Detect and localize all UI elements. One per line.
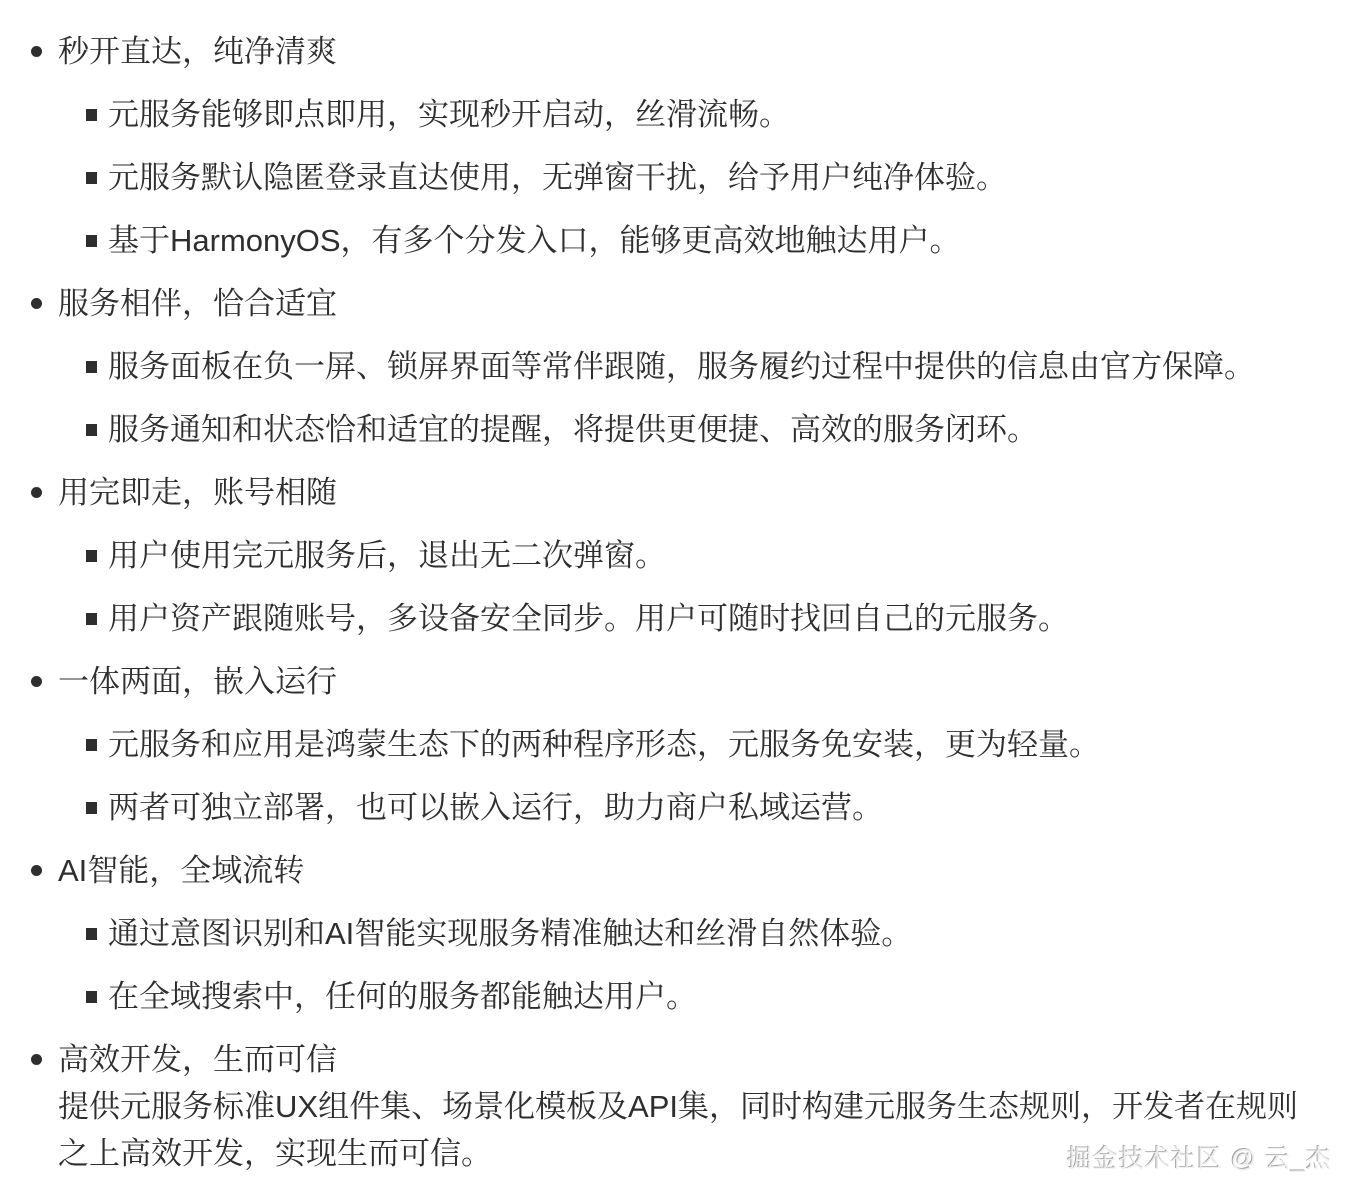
article-page: 秒开直达，纯净清爽 元服务能够即点即用，实现秒开启动，丝滑流畅。 元服务默认隐匿…	[0, 0, 1359, 1203]
bullet-square-icon	[86, 928, 97, 940]
list-subitem: 元服务能够即点即用，实现秒开启动，丝滑流畅。	[0, 91, 1359, 138]
bullet-dot-icon	[31, 298, 42, 309]
list-subitem-text: 服务面板在负一屏、锁屏界面等常伴跟随，服务履约过程中提供的信息由官方保障。	[108, 349, 1255, 384]
list-subitem-text: 用户使用完元服务后，退出无二次弹窗。	[108, 538, 666, 573]
list-subitem: 用户使用完元服务后，退出无二次弹窗。	[0, 532, 1359, 579]
list-item: 服务相伴，恰合适宜	[0, 280, 1359, 327]
list-item-title: 高效开发，生而可信	[58, 1042, 337, 1077]
list-subitem-text: 在全域搜索中，任何的服务都能触达用户。	[108, 979, 697, 1014]
bullet-dot-icon	[31, 865, 42, 876]
list-subitem: 在全域搜索中，任何的服务都能触达用户。	[0, 973, 1359, 1020]
list-item-title: AI智能，全域流转	[58, 853, 304, 888]
bullet-square-icon	[86, 235, 97, 247]
bullet-dot-icon	[31, 1054, 42, 1065]
list-subitem: 服务通知和状态恰和适宜的提醒，将提供更便捷、高效的服务闭环。	[0, 406, 1359, 453]
list-subitem: 服务面板在负一屏、锁屏界面等常伴跟随，服务履约过程中提供的信息由官方保障。	[0, 343, 1359, 390]
list-item-title: 一体两面，嵌入运行	[58, 664, 337, 699]
list-item: AI智能，全域流转	[0, 847, 1359, 894]
bullet-square-icon	[86, 109, 97, 121]
list-subitem-text: 用户资产跟随账号，多设备安全同步。用户可随时找回自己的元服务。	[108, 601, 1069, 636]
list-item: 一体两面，嵌入运行	[0, 658, 1359, 705]
list-item-title: 用完即走，账号相随	[58, 475, 337, 510]
list-item-title: 秒开直达，纯净清爽	[58, 34, 337, 69]
bullet-square-icon	[86, 739, 97, 751]
bullet-dot-icon	[31, 46, 42, 57]
list-subitem-text: 服务通知和状态恰和适宜的提醒，将提供更便捷、高效的服务闭环。	[108, 412, 1038, 447]
list-subitem: 元服务和应用是鸿蒙生态下的两种程序形态，元服务免安装，更为轻量。	[0, 721, 1359, 768]
list-item: 用完即走，账号相随	[0, 469, 1359, 516]
list-item-title: 服务相伴，恰合适宜	[58, 286, 337, 321]
bullet-dot-icon	[31, 676, 42, 687]
list-subitem-text: 通过意图识别和AI智能实现服务精准触达和丝滑自然体验。	[108, 916, 912, 951]
list-subitem-text: 元服务默认隐匿登录直达使用，无弹窗干扰，给予用户纯净体验。	[108, 160, 1007, 195]
bullet-square-icon	[86, 550, 97, 562]
bullet-dot-icon	[31, 487, 42, 498]
bullet-square-icon	[86, 361, 97, 373]
list-subitem-text: 基于HarmonyOS，有多个分发入口，能够更高效地触达用户。	[108, 223, 961, 258]
bullet-list: 秒开直达，纯净清爽 元服务能够即点即用，实现秒开启动，丝滑流畅。 元服务默认隐匿…	[0, 0, 1359, 1177]
bullet-square-icon	[86, 424, 97, 436]
list-subitem: 元服务默认隐匿登录直达使用，无弹窗干扰，给予用户纯净体验。	[0, 154, 1359, 201]
list-item: 秒开直达，纯净清爽	[0, 28, 1359, 75]
list-subitem-text: 两者可独立部署，也可以嵌入运行，助力商户私域运营。	[108, 790, 883, 825]
list-subitem: 通过意图识别和AI智能实现服务精准触达和丝滑自然体验。	[0, 910, 1359, 957]
bullet-square-icon	[86, 991, 97, 1003]
list-subitem-text: 元服务能够即点即用，实现秒开启动，丝滑流畅。	[108, 97, 790, 132]
list-subitem-text: 元服务和应用是鸿蒙生态下的两种程序形态，元服务免安装，更为轻量。	[108, 727, 1100, 762]
bullet-square-icon	[86, 802, 97, 814]
list-subitem: 用户资产跟随账号，多设备安全同步。用户可随时找回自己的元服务。	[0, 595, 1359, 642]
list-subitem: 基于HarmonyOS，有多个分发入口，能够更高效地触达用户。	[0, 217, 1359, 264]
list-subitem: 两者可独立部署，也可以嵌入运行，助力商户私域运营。	[0, 784, 1359, 831]
bullet-square-icon	[86, 613, 97, 625]
bullet-square-icon	[86, 172, 97, 184]
watermark: 掘金技术社区 @ 云_杰	[1067, 1139, 1332, 1175]
